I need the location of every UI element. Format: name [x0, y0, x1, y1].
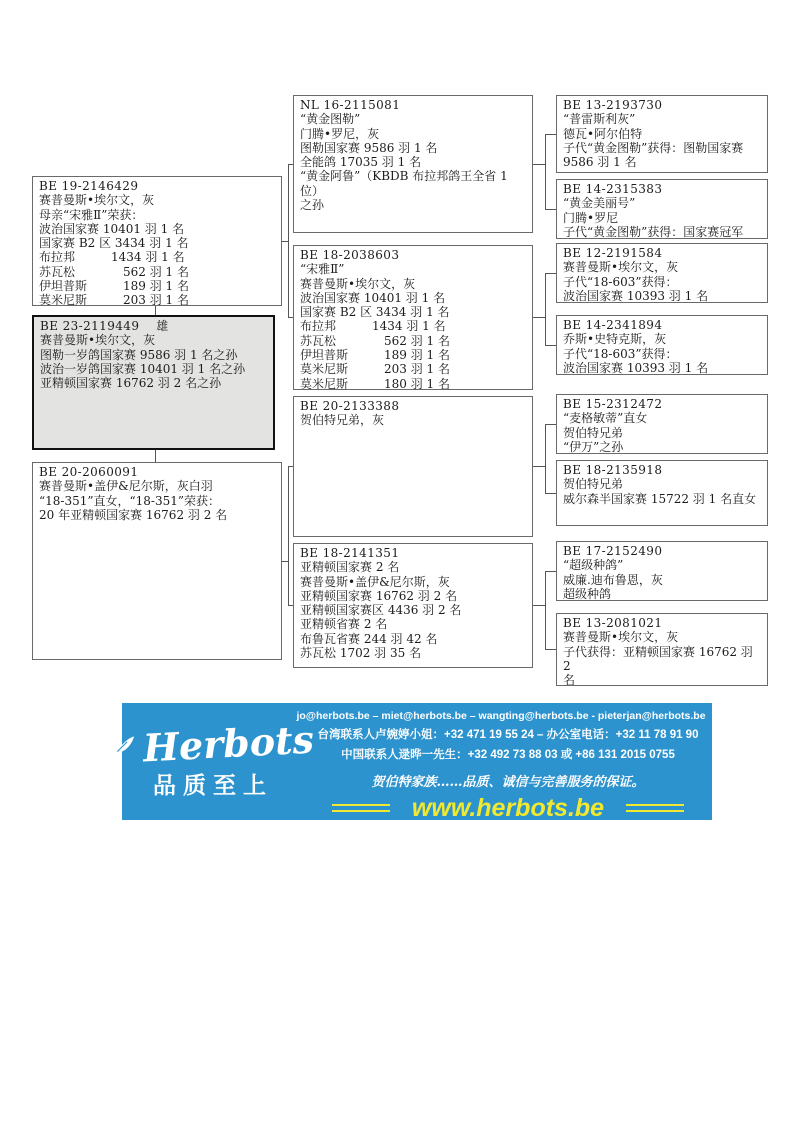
pedigree-line: 赛普曼斯•盖伊&尼尔斯，灰白羽 [39, 479, 275, 493]
great-grandparent-box-3: BE 12-2191584 赛普曼斯•埃尔文，灰子代“18-603”获得：波治国… [556, 243, 768, 303]
connector-line [545, 273, 546, 345]
pedigree-line: 子代“18-603”获得： [563, 347, 761, 361]
pedigree-line: 门腾•罗尼 [563, 211, 761, 225]
connector-line [545, 424, 556, 425]
ring-number: BE 20-2133388 [300, 399, 526, 413]
box-lines: 亚精顿国家赛 2 名赛普曼斯•盖伊&尼尔斯，灰亚精顿国家赛 16762 羽 2 … [300, 560, 526, 660]
connector-line [545, 134, 556, 135]
pedigree-line: 国家赛 B2 区 3434 羽 1 名 [39, 236, 275, 250]
pedigree-line: “宋雅Ⅱ” [300, 262, 526, 276]
connector-line [155, 450, 156, 462]
pedigree-line: 亚精顿国家赛 16762 羽 2 名 [300, 589, 526, 603]
box-lines: 乔斯•史特克斯，灰子代“18-603”获得：波治国家赛 10393 羽 1 名 [563, 332, 761, 375]
pedigree-line: “伊万”之孙 [563, 440, 761, 454]
great-grandparent-box-8: BE 13-2081021 赛普曼斯•埃尔文，灰子代获得：亚精顿国家赛 1676… [556, 613, 768, 686]
pedigree-line: 图勒国家赛 9586 羽 1 名 [300, 141, 526, 155]
pedigree-line: “18-351”直女，“18-351”荣获： [39, 494, 275, 508]
connector-line [545, 273, 556, 274]
ring-number: BE 13-2081021 [563, 616, 761, 630]
pedigree-line: 门腾•罗尼，灰 [300, 127, 526, 141]
box-lines: 赛普曼斯•埃尔文，灰子代“18-603”获得：波治国家赛 10393 羽 1 名 [563, 260, 761, 303]
connector-line [545, 571, 556, 572]
ring-number: BE 17-2152490 [563, 544, 761, 558]
connector-line [545, 345, 556, 346]
connector-line [545, 134, 546, 209]
pedigree-line: 20 年亚精顿国家赛 16762 羽 2 名 [39, 508, 275, 522]
great-grandparent-box-1: BE 13-2193730 “普雷斯利灰”德瓦•阿尔伯特子代“黄金图勒”获得：图… [556, 95, 768, 173]
ring-number: BE 23-2119449 雄 [40, 319, 267, 333]
pedigree-page: BE 19-2146429 赛普曼斯•埃尔文，灰母亲“宋雅Ⅱ”荣获：波治国家赛 … [0, 0, 793, 1122]
box-lines: “普雷斯利灰”德瓦•阿尔伯特子代“黄金图勒”获得：图勒国家赛9586 羽 1 名 [563, 112, 761, 169]
pedigree-line: 苏瓦松 1702 羽 35 名 [300, 646, 526, 660]
connector-line [533, 466, 545, 467]
pedigree-line: “麦格敏蒂”直女 [563, 411, 761, 425]
connector-line [288, 605, 293, 606]
pedigree-line: 名 [563, 673, 761, 686]
ring-number: BE 14-2341894 [563, 318, 761, 332]
box-lines: “黄金美丽号”门腾•罗尼子代“黄金图勒”获得：国家赛冠军 [563, 196, 761, 239]
ring-number: BE 18-2135918 [563, 463, 761, 477]
connector-line [533, 164, 545, 165]
pedigree-line: 莫米尼斯 203 羽 1 名 [300, 362, 526, 376]
ring-number: BE 20-2060091 [39, 465, 275, 479]
decorative-rule [626, 804, 684, 812]
pedigree-line: 赛普曼斯•埃尔文，灰 [40, 333, 267, 347]
box-lines: “麦格敏蒂”直女贺伯特兄弟“伊万”之孙 [563, 411, 761, 454]
pedigree-line: 亚精顿国家赛 2 名 [300, 560, 526, 574]
great-grandparent-box-7: BE 17-2152490 “超级种鸽”威廉.迪布鲁恩，灰超级种鸽 [556, 541, 768, 601]
pedigree-line: “黄金美丽号” [563, 196, 761, 210]
pedigree-line: 赛普曼斯•埃尔文，灰 [300, 277, 526, 291]
pedigree-line: 赛普曼斯•埃尔文，灰 [563, 630, 761, 644]
connector-line [288, 466, 289, 605]
herbots-logo: Herbots 品质至上 [122, 703, 304, 820]
connector-line [533, 317, 545, 318]
connector-line [545, 571, 546, 649]
pedigree-line: 波治国家赛 10401 羽 1 名 [300, 291, 526, 305]
great-grandparent-box-5: BE 15-2312472 “麦格敏蒂”直女贺伯特兄弟“伊万”之孙 [556, 394, 768, 454]
connector-line [155, 306, 156, 315]
connector-line [545, 209, 556, 210]
sire-box: BE 19-2146429 赛普曼斯•埃尔文，灰母亲“宋雅Ⅱ”荣获：波治国家赛 … [32, 176, 282, 306]
pedigree-line: 全能鸽 17035 羽 1 名 [300, 155, 526, 169]
box-lines: 贺伯特兄弟，灰 [300, 413, 526, 427]
pedigree-line: 之孙 [300, 198, 526, 212]
pedigree-line: 贺伯特兄弟 [563, 426, 761, 440]
connector-line [533, 605, 545, 606]
pedigree-line: 威廉.迪布鲁恩，灰 [563, 573, 761, 587]
pedigree-line: 亚精顿省赛 2 名 [300, 617, 526, 631]
pedigree-line: 伊坦普斯 189 羽 1 名 [300, 348, 526, 362]
pedigree-line: 亚精顿国家赛区 4436 羽 2 名 [300, 603, 526, 617]
pedigree-line: 赛普曼斯•盖伊&尼尔斯，灰 [300, 575, 526, 589]
box-lines: “宋雅Ⅱ”赛普曼斯•埃尔文，灰波治国家赛 10401 羽 1 名国家赛 B2 区… [300, 262, 526, 390]
great-grandparent-box-6: BE 18-2135918 贺伯特兄弟威尔森半国家赛 15722 羽 1 名直女 [556, 460, 768, 526]
pedigree-line: 德瓦•阿尔伯特 [563, 127, 761, 141]
ring-number: BE 15-2312472 [563, 397, 761, 411]
connector-line [545, 493, 556, 494]
pedigree-line: 布拉邦 1434 羽 1 名 [300, 319, 526, 333]
pedigree-line: 苏瓦松 562 羽 1 名 [300, 334, 526, 348]
box-lines: 赛普曼斯•埃尔文，灰图勒一岁鸽国家赛 9586 羽 1 名之孙波治一岁鸽国家赛 … [40, 333, 267, 390]
connector-line [288, 317, 293, 318]
pedigree-line: 苏瓦松 562 羽 1 名 [39, 265, 275, 279]
pedigree-line: 莫米尼斯 180 羽 1 名 [300, 377, 526, 390]
pedigree-line: “普雷斯利灰” [563, 112, 761, 126]
logo-slogan: 品质至上 [153, 767, 273, 800]
pedigree-line: 国家赛 B2 区 3434 羽 1 名 [300, 305, 526, 319]
pedigree-line: 贺伯特兄弟 [563, 477, 761, 491]
connector-line [288, 164, 293, 165]
connector-line [288, 164, 289, 317]
box-lines: 赛普曼斯•埃尔文，灰子代获得：亚精顿国家赛 16762 羽 2名 [563, 630, 761, 686]
pedigree-line: 子代“18-603”获得： [563, 275, 761, 289]
ring-number: BE 14-2315383 [563, 182, 761, 196]
great-grandparent-box-4: BE 14-2341894 乔斯•史特克斯，灰子代“18-603”获得：波治国家… [556, 315, 768, 375]
connector-line [288, 466, 293, 467]
ring-number: BE 18-2141351 [300, 546, 526, 560]
box-lines: “黄金图勒”门腾•罗尼，灰图勒国家赛 9586 羽 1 名全能鸽 17035 羽… [300, 112, 526, 212]
pedigree-line: 赛普曼斯•埃尔文，灰 [39, 193, 275, 207]
website-url: www.herbots.be [412, 795, 604, 821]
contact-taiwan: 台湾联系人卢婉婷小姐：+32 471 19 55 24 – 办公室电话：+32 … [304, 726, 712, 742]
pedigree-line: 赛普曼斯•埃尔文，灰 [563, 260, 761, 274]
maternal-grandsire-box: BE 20-2133388 贺伯特兄弟，灰 [293, 396, 533, 537]
ring-number: BE 12-2191584 [563, 246, 761, 260]
subject-box: BE 23-2119449 雄 赛普曼斯•埃尔文，灰图勒一岁鸽国家赛 9586 … [32, 315, 275, 450]
pedigree-line: 图勒一岁鸽国家赛 9586 羽 1 名之孙 [40, 348, 267, 362]
decorative-rule [332, 804, 390, 812]
ring-number: BE 19-2146429 [39, 179, 275, 193]
feather-icon [113, 731, 139, 757]
box-lines: 赛普曼斯•埃尔文，灰母亲“宋雅Ⅱ”荣获：波治国家赛 10401 羽 1 名国家赛… [39, 193, 275, 306]
paternal-granddam-box: BE 18-2038603 “宋雅Ⅱ”赛普曼斯•埃尔文，灰波治国家赛 10401… [293, 245, 533, 390]
herbots-banner: Herbots 品质至上 jo@herbots.be – miet@herbot… [122, 703, 712, 820]
ring-number: BE 18-2038603 [300, 248, 526, 262]
box-lines: “超级种鸽”威廉.迪布鲁恩，灰超级种鸽 [563, 558, 761, 601]
pedigree-line: 亚精顿国家赛 16762 羽 2 名之孙 [40, 376, 267, 390]
paternal-grandsire-box: NL 16-2115081 “黄金图勒”门腾•罗尼，灰图勒国家赛 9586 羽 … [293, 95, 533, 233]
pedigree-line: 布拉邦 1434 羽 1 名 [39, 250, 275, 264]
pedigree-line: 威尔森半国家赛 15722 羽 1 名直女 [563, 492, 761, 506]
pedigree-line: 子代获得：亚精顿国家赛 16762 羽 2 [563, 645, 761, 674]
ring-number: BE 13-2193730 [563, 98, 761, 112]
connector-line [545, 649, 556, 650]
pedigree-line: 子代“黄金图勒”获得：图勒国家赛 [563, 141, 761, 155]
connector-line [545, 424, 546, 493]
banner-tagline: 贺伯特家族……品质、诚信与完善服务的保证。 [304, 771, 712, 790]
contact-emails: jo@herbots.be – miet@herbots.be – wangti… [290, 710, 712, 722]
pedigree-line: 波治一岁鸽国家赛 10401 羽 1 名之孙 [40, 362, 267, 376]
pedigree-line: 子代“黄金图勒”获得：国家赛冠军 [563, 225, 761, 239]
pedigree-line: “黄金图勒” [300, 112, 526, 126]
pedigree-line: 布鲁瓦省赛 244 羽 42 名 [300, 632, 526, 646]
pedigree-line: 波治国家赛 10393 羽 1 名 [563, 361, 761, 375]
great-grandparent-box-2: BE 14-2315383 “黄金美丽号”门腾•罗尼子代“黄金图勒”获得：国家赛… [556, 179, 768, 239]
pedigree-line: 贺伯特兄弟，灰 [300, 413, 526, 427]
logo-wordmark: Herbots [142, 719, 315, 768]
pedigree-line: 伊坦普斯 189 羽 1 名 [39, 279, 275, 293]
pedigree-line: “超级种鸽” [563, 558, 761, 572]
pedigree-line: 9586 羽 1 名 [563, 155, 761, 169]
box-lines: 赛普曼斯•盖伊&尼尔斯，灰白羽“18-351”直女，“18-351”荣获：20 … [39, 479, 275, 522]
contact-china: 中国联系人逯晔一先生：+32 492 73 88 03 或 +86 131 20… [304, 746, 712, 762]
pedigree-line: 超级种鸽 [563, 587, 761, 601]
pedigree-line: “黄金阿鲁”（KBDB 布拉邦鸽王全省 1 位） [300, 169, 526, 198]
pedigree-line: 乔斯•史特克斯，灰 [563, 332, 761, 346]
box-lines: 贺伯特兄弟威尔森半国家赛 15722 羽 1 名直女 [563, 477, 761, 506]
dam-box: BE 20-2060091 赛普曼斯•盖伊&尼尔斯，灰白羽“18-351”直女，… [32, 462, 282, 660]
pedigree-line: 莫米尼斯 203 羽 1 名 [39, 293, 275, 306]
ring-number: NL 16-2115081 [300, 98, 526, 112]
pedigree-line: 波治国家赛 10393 羽 1 名 [563, 289, 761, 303]
pedigree-line: 波治国家赛 10401 羽 1 名 [39, 222, 275, 236]
maternal-granddam-box: BE 18-2141351 亚精顿国家赛 2 名赛普曼斯•盖伊&尼尔斯，灰亚精顿… [293, 543, 533, 668]
pedigree-line: 母亲“宋雅Ⅱ”荣获： [39, 208, 275, 222]
